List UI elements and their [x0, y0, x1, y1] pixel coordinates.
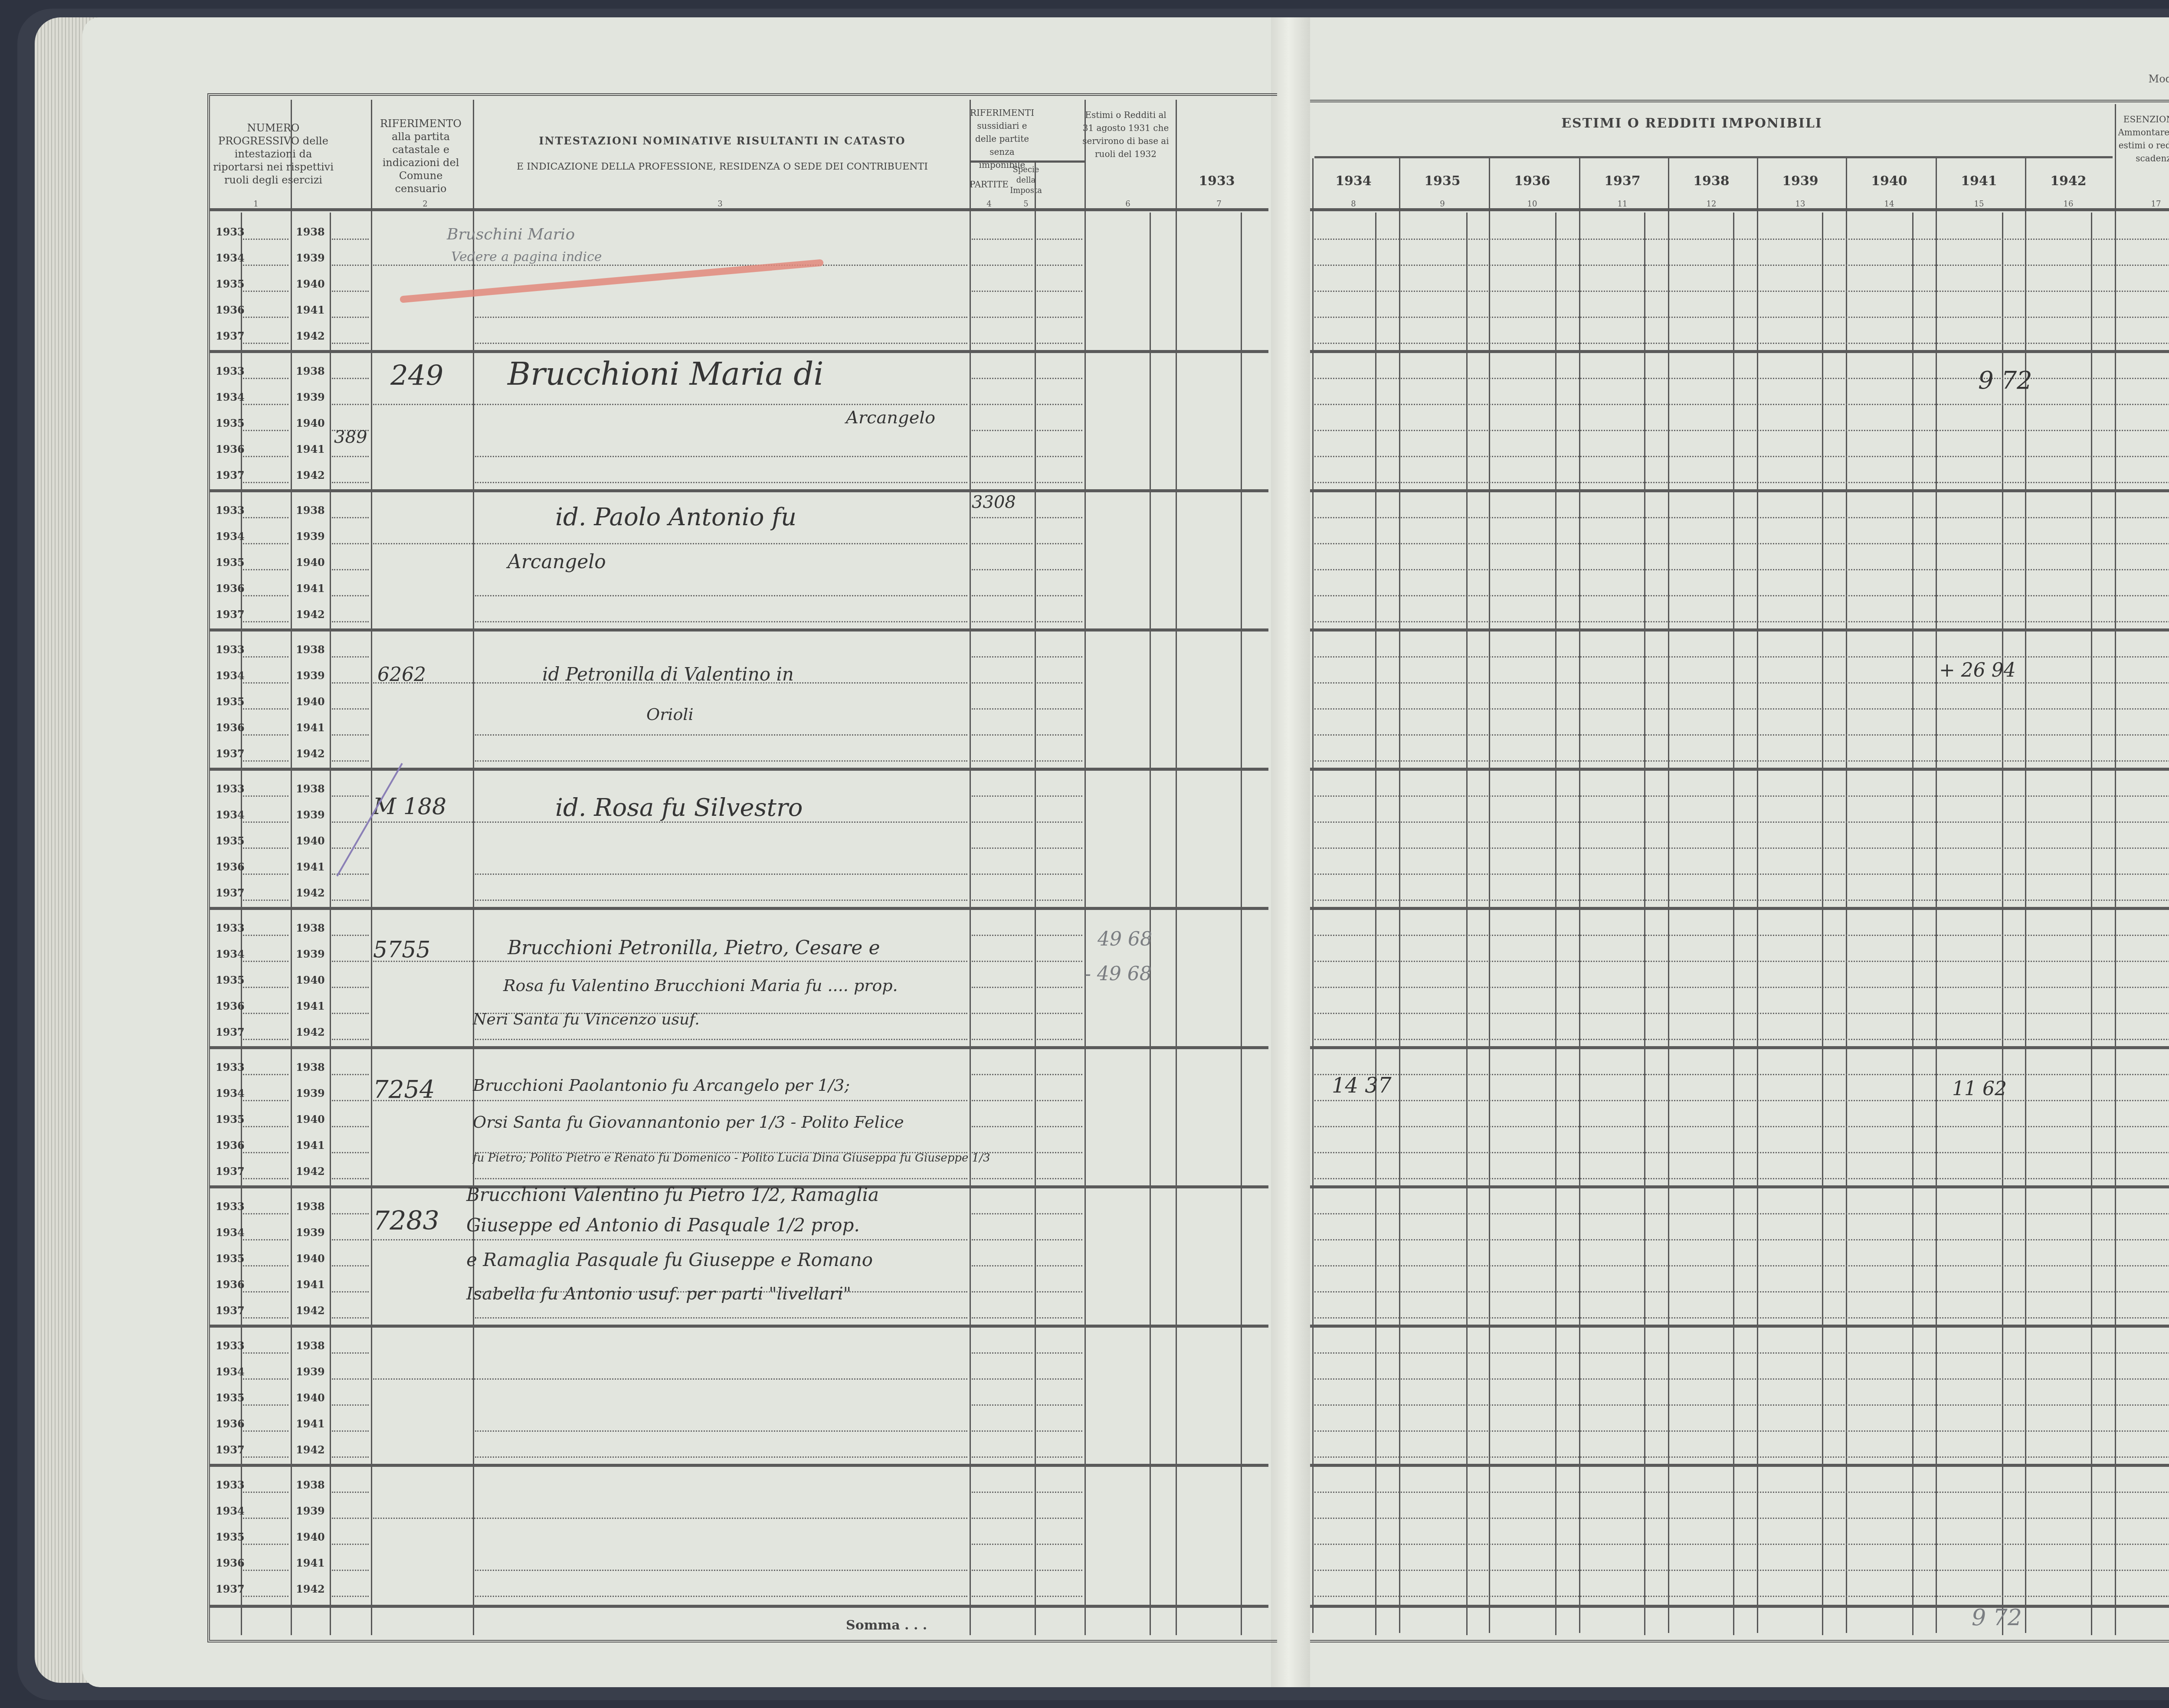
year-label: 1938	[296, 782, 325, 795]
ruled-dotted-line	[332, 987, 369, 988]
ruled-dotted-line	[243, 1152, 288, 1153]
ruled-dotted-line	[332, 1291, 369, 1292]
name-dotted-line	[475, 482, 967, 483]
header-year-1935: 1935	[1399, 173, 1486, 189]
ruled-dotted-line	[1314, 1178, 2169, 1179]
entry-2-riferimento: 3308	[972, 492, 1016, 512]
ruled-dotted-line	[243, 1492, 288, 1493]
ruled-dotted-line	[243, 682, 288, 684]
vline	[1668, 158, 1669, 1633]
ruled-dotted-line	[332, 961, 369, 962]
col-number-14: 14	[1881, 200, 1898, 209]
ruled-dotted-line	[332, 1152, 369, 1153]
vline	[970, 100, 971, 1635]
year-label: 1934	[216, 1087, 245, 1099]
header-year-1938: 1938	[1668, 173, 1755, 189]
ruled-dotted-line	[1314, 682, 2169, 684]
year-label: 1935	[216, 1252, 245, 1265]
year-label: 1937	[216, 1026, 245, 1038]
year-label: 1936	[216, 1000, 245, 1012]
ruled-dotted-line	[1037, 1378, 1082, 1380]
ruled-dotted-line	[1037, 456, 1082, 457]
ruled-dotted-line	[332, 1430, 369, 1432]
name-dotted-line	[373, 1100, 967, 1101]
name-dotted-line	[373, 1239, 967, 1240]
entry-5-estimo-a: 49 68	[1098, 928, 1152, 950]
ruled-dotted-line	[332, 1378, 369, 1380]
ruled-dotted-line	[1314, 482, 2169, 483]
ruled-dotted-line	[243, 1039, 288, 1040]
block-separator	[210, 907, 1268, 910]
name-dotted-line	[475, 1596, 967, 1597]
col-number-15: 15	[1970, 200, 1988, 209]
ruled-dotted-line	[1314, 1544, 2169, 1545]
ruled-dotted-line	[332, 1456, 369, 1458]
ruled-dotted-line	[1037, 569, 1082, 570]
name-dotted-line	[475, 1178, 967, 1179]
block-separator	[1310, 489, 2169, 492]
ruled-dotted-line	[332, 760, 369, 762]
ruled-dotted-line	[1037, 239, 1082, 240]
ruled-dotted-line	[972, 1456, 1032, 1458]
vline	[1084, 100, 1086, 1635]
ruled-dotted-line	[243, 378, 288, 379]
ruled-dotted-line	[1314, 621, 2169, 622]
ruled-dotted-line	[972, 1039, 1032, 1040]
entry-2-name: id. Paolo Antonio fu	[555, 503, 796, 531]
ruled-dotted-line	[1314, 1596, 2169, 1597]
ruled-dotted-line	[243, 1013, 288, 1014]
header-riferimento: RIFERIMENTO alla partita catastale e ind…	[373, 117, 469, 195]
year-label: 1933	[216, 1339, 245, 1352]
year-label: 1939	[296, 1087, 325, 1099]
ruled-dotted-line	[972, 1126, 1032, 1127]
ruled-dotted-line	[972, 708, 1032, 710]
entry-6-val-1934: 14 37	[1332, 1073, 1391, 1098]
header-partite: PARTITE	[970, 178, 1009, 191]
year-label: 1934	[216, 808, 245, 821]
entry-1-partita: 249	[390, 360, 443, 392]
ruled-dotted-line	[243, 1126, 288, 1127]
ruled-dotted-line	[243, 734, 288, 736]
ruled-dotted-line	[243, 1317, 288, 1319]
header-estimi-imponibili: ESTIMI O REDDITI IMPONIBILI	[1432, 117, 1952, 130]
name-dotted-line	[475, 343, 967, 344]
somma-rule-left	[210, 1605, 1268, 1608]
ruled-dotted-line	[1037, 961, 1082, 962]
ruled-dotted-line	[332, 239, 369, 240]
ruled-dotted-line	[1037, 1404, 1082, 1406]
ruled-dotted-line	[1314, 1213, 2169, 1214]
header-intestazioni-sub: E INDICAZIONE DELLA PROFESSIONE, RESIDEN…	[477, 160, 967, 173]
ruled-dotted-line	[972, 517, 1032, 518]
subheader-rule-right	[1314, 156, 2113, 158]
year-label: 1940	[296, 695, 325, 708]
ruled-dotted-line	[1314, 517, 2169, 518]
header-year-1940: 1940	[1846, 173, 1933, 189]
year-label: 1936	[216, 304, 245, 316]
name-dotted-line	[475, 1317, 967, 1319]
ruled-dotted-line	[332, 404, 369, 405]
vline	[473, 100, 474, 1635]
entry-6-name: Brucchioni Paolantonio fu Arcangelo per …	[473, 1076, 850, 1095]
ruled-dotted-line	[1037, 656, 1082, 658]
year-label: 1941	[296, 443, 325, 455]
entry-0-name: Bruschini Mario	[447, 226, 575, 243]
ruled-dotted-line	[1037, 1570, 1082, 1571]
year-label: 1939	[296, 669, 325, 682]
ruled-dotted-line	[1314, 595, 2169, 596]
ruled-dotted-line	[1314, 456, 2169, 457]
entry-1-val-1941: 9 72	[1978, 366, 2032, 395]
ruled-dotted-line	[972, 1291, 1032, 1292]
ruled-dotted-line	[243, 874, 288, 875]
ruled-dotted-line	[332, 1039, 369, 1040]
vline	[1035, 160, 1036, 1635]
vline	[1176, 100, 1177, 1635]
ruled-dotted-line	[1037, 734, 1082, 736]
ruled-dotted-line	[243, 1570, 288, 1571]
ruled-dotted-line	[1037, 987, 1082, 988]
entry-6-name-2: Orsi Santa fu Giovannantonio per 1/3 - P…	[473, 1112, 904, 1132]
year-label: 1934	[216, 948, 245, 960]
ruled-dotted-line	[1037, 847, 1082, 849]
ruled-dotted-line	[243, 1074, 288, 1075]
year-label: 1933	[216, 1061, 245, 1073]
ruled-dotted-line	[243, 1178, 288, 1179]
ruled-dotted-line	[972, 1430, 1032, 1432]
ruled-dotted-line	[1314, 265, 2169, 266]
entry-6-val-1941: 11 62	[1952, 1078, 2007, 1100]
ruled-dotted-line	[1037, 1178, 1082, 1179]
ruled-dotted-line	[972, 1544, 1032, 1545]
ruled-dotted-line	[1037, 621, 1082, 622]
ruled-dotted-line	[332, 517, 369, 518]
year-label: 1942	[296, 469, 325, 481]
ruled-dotted-line	[243, 404, 288, 405]
year-label: 1942	[296, 1165, 325, 1178]
year-label: 1940	[296, 1531, 325, 1543]
year-label: 1938	[296, 643, 325, 656]
ruled-dotted-line	[1314, 734, 2169, 736]
year-label: 1935	[216, 417, 245, 429]
name-dotted-line	[475, 456, 967, 457]
ruled-dotted-line	[1037, 1152, 1082, 1153]
ruled-dotted-line	[1314, 1074, 2169, 1075]
ruled-dotted-line	[332, 900, 369, 901]
ruled-dotted-line	[243, 430, 288, 431]
year-label: 1941	[296, 1557, 325, 1569]
ruled-dotted-line	[972, 482, 1032, 483]
ruled-dotted-line	[243, 935, 288, 936]
year-label: 1937	[216, 330, 245, 342]
year-label: 1936	[216, 582, 245, 595]
ruled-dotted-line	[332, 482, 369, 483]
col-number-1: 1	[243, 200, 269, 209]
header-year-1933: 1933	[1180, 173, 1254, 189]
ruled-dotted-line	[972, 291, 1032, 292]
vline	[2002, 213, 2003, 1635]
header-estimi-1931: Estimi o Redditi al 31 agosto 1931 che s…	[1082, 108, 1169, 160]
year-label: 1937	[216, 1165, 245, 1178]
ruled-dotted-line	[1037, 760, 1082, 762]
entry-6-partita: 7254	[373, 1076, 435, 1104]
entry-2-name-2: Arcangelo	[508, 551, 606, 573]
year-label: 1941	[296, 1278, 325, 1291]
year-label: 1939	[296, 1226, 325, 1239]
col-number-13: 13	[1792, 200, 1809, 209]
year-label: 1940	[296, 1391, 325, 1404]
year-label: 1935	[216, 556, 245, 569]
ruled-dotted-line	[332, 682, 369, 684]
year-label: 1938	[296, 226, 325, 238]
ruled-dotted-line	[1314, 961, 2169, 962]
col-number-16: 16	[2060, 200, 2077, 209]
ruled-dotted-line	[972, 987, 1032, 988]
year-label: 1940	[296, 556, 325, 569]
entry-5-partita: 5755	[373, 937, 430, 963]
year-label: 1938	[296, 1061, 325, 1073]
ruled-dotted-line	[332, 795, 369, 797]
year-label: 1939	[296, 808, 325, 821]
year-label: 1941	[296, 861, 325, 873]
year-label: 1933	[216, 1200, 245, 1213]
ruled-dotted-line	[332, 656, 369, 658]
ruled-dotted-line	[1314, 760, 2169, 762]
year-label: 1933	[216, 922, 245, 934]
ruled-dotted-line	[1037, 1352, 1082, 1354]
ruled-dotted-line	[1314, 1518, 2169, 1519]
entry-5-estimo-b: - 49 68	[1084, 963, 1152, 985]
col-number-4: 4	[980, 200, 998, 209]
block-separator	[210, 350, 1268, 353]
block-separator	[1310, 350, 2169, 353]
year-label: 1940	[296, 1252, 325, 1265]
vline	[1846, 158, 1847, 1633]
name-dotted-line	[475, 1456, 967, 1458]
year-label: 1937	[216, 1304, 245, 1317]
ruled-dotted-line	[332, 456, 369, 457]
ruled-dotted-line	[332, 569, 369, 570]
year-label: 1942	[296, 747, 325, 760]
header-year-1942: 1942	[2025, 173, 2112, 189]
subheader-rule-left	[970, 160, 1084, 163]
entry-0-note: Vedere a pagina indice	[451, 249, 602, 265]
header-year-1941: 1941	[1936, 173, 2022, 189]
name-dotted-line	[373, 961, 967, 962]
ruled-dotted-line	[243, 1430, 288, 1432]
year-label: 1942	[296, 1304, 325, 1317]
vline	[330, 213, 331, 1635]
year-label: 1935	[216, 834, 245, 847]
header-year-1934: 1934	[1310, 173, 1397, 189]
ruled-dotted-line	[972, 682, 1032, 684]
ruled-dotted-line	[1037, 1291, 1082, 1292]
ruled-dotted-line	[1314, 430, 2169, 431]
ruled-dotted-line	[332, 265, 369, 266]
ruled-dotted-line	[332, 1317, 369, 1319]
ruled-dotted-line	[243, 760, 288, 762]
block-separator	[210, 1464, 1268, 1467]
year-label: 1933	[216, 504, 245, 517]
ruled-dotted-line	[243, 795, 288, 797]
year-label: 1936	[216, 1139, 245, 1152]
ruled-dotted-line	[332, 935, 369, 936]
ruled-dotted-line	[972, 821, 1032, 823]
ruled-dotted-line	[1037, 935, 1082, 936]
year-label: 1934	[216, 1505, 245, 1517]
ruled-dotted-line	[1314, 569, 2169, 570]
vline	[1555, 213, 1556, 1635]
year-label: 1940	[296, 1113, 325, 1126]
year-label: 1941	[296, 1417, 325, 1430]
col-number-10: 10	[1524, 200, 1541, 209]
ruled-dotted-line	[972, 1178, 1032, 1179]
ruled-dotted-line	[243, 900, 288, 901]
ruled-dotted-line	[1037, 1518, 1082, 1519]
year-label: 1936	[216, 443, 245, 455]
vline	[1150, 213, 1151, 1635]
ruled-dotted-line	[1314, 874, 2169, 875]
block-separator	[210, 768, 1268, 771]
name-dotted-line	[373, 543, 967, 544]
ruled-dotted-line	[332, 343, 369, 344]
ruled-dotted-line	[1037, 1039, 1082, 1040]
ruled-dotted-line	[243, 482, 288, 483]
vline	[1644, 213, 1645, 1635]
somma-label: Somma . . .	[846, 1618, 927, 1633]
year-label: 1933	[216, 365, 245, 377]
col-number-17: 17	[2147, 200, 2165, 209]
year-label: 1937	[216, 1583, 245, 1595]
ruled-dotted-line	[1314, 1570, 2169, 1571]
somma-val-1941: 9 72	[1972, 1605, 2022, 1631]
col-number-5: 5	[1017, 200, 1035, 209]
ruled-dotted-line	[972, 1100, 1032, 1101]
ruled-dotted-line	[1314, 1492, 2169, 1493]
year-label: 1938	[296, 365, 325, 377]
ruled-dotted-line	[243, 1378, 288, 1380]
entry-3-val-1941: + 26 94	[1939, 659, 2016, 681]
year-label: 1934	[216, 252, 245, 264]
entry-7-partita: 7283	[373, 1206, 439, 1236]
entry-4-partita: M 188	[373, 794, 446, 820]
ruled-dotted-line	[332, 317, 369, 318]
ruled-dotted-line	[332, 1126, 369, 1127]
entry-1-name-2: Arcangelo	[846, 408, 935, 428]
entry-6-name-3: fu Pietro; Polito Pietro e Renato fu Dom…	[473, 1152, 990, 1165]
name-dotted-line	[475, 734, 967, 736]
ruled-dotted-line	[243, 1100, 288, 1101]
ruled-dotted-line	[332, 378, 369, 379]
ruled-dotted-line	[972, 795, 1032, 797]
header-year-1937: 1937	[1579, 173, 1666, 189]
right-table-frame	[1310, 100, 2169, 1643]
ruled-dotted-line	[243, 708, 288, 710]
ruled-dotted-line	[332, 1265, 369, 1266]
ruled-dotted-line	[332, 621, 369, 622]
ruled-dotted-line	[1037, 1239, 1082, 1240]
ruled-dotted-line	[1037, 795, 1082, 797]
ruled-dotted-line	[243, 456, 288, 457]
ruled-dotted-line	[1037, 1100, 1082, 1101]
ruled-dotted-line	[1037, 821, 1082, 823]
ruled-dotted-line	[972, 378, 1032, 379]
col-number-6: 6	[1119, 200, 1137, 209]
ruled-dotted-line	[1314, 987, 2169, 988]
year-label: 1938	[296, 922, 325, 934]
ruled-dotted-line	[243, 595, 288, 596]
block-separator	[210, 1325, 1268, 1328]
ruled-dotted-line	[243, 1291, 288, 1292]
ruled-dotted-line	[1314, 1404, 2169, 1406]
ruled-dotted-line	[1314, 1152, 2169, 1153]
ruled-dotted-line	[1037, 543, 1082, 544]
vline	[1757, 158, 1758, 1633]
header-esenzioni: ESENZIONI — Ammontare degli estimi o red…	[2117, 113, 2169, 165]
ruled-dotted-line	[332, 543, 369, 544]
year-label: 1937	[216, 469, 245, 481]
year-label: 1933	[216, 782, 245, 795]
ruled-dotted-line	[972, 1404, 1032, 1406]
ruled-dotted-line	[1037, 291, 1082, 292]
ruled-dotted-line	[243, 343, 288, 344]
ruled-dotted-line	[972, 543, 1032, 544]
ruled-dotted-line	[1314, 900, 2169, 901]
ruled-dotted-line	[243, 847, 288, 849]
entry-3-partita: 6262	[377, 664, 426, 686]
header-intestazioni: INTESTAZIONI NOMINATIVE RISULTANTI IN CA…	[477, 134, 967, 147]
ruled-dotted-line	[332, 1013, 369, 1014]
entry-1-side-note: 389	[334, 427, 367, 447]
ruled-dotted-line	[243, 569, 288, 570]
ruled-dotted-line	[243, 239, 288, 240]
ruled-dotted-line	[1037, 1013, 1082, 1014]
ruled-dotted-line	[1037, 317, 1082, 318]
year-label: 1940	[296, 974, 325, 986]
block-separator	[1310, 1464, 2169, 1467]
col-number-8: 8	[1345, 200, 1362, 209]
year-label: 1938	[296, 504, 325, 517]
year-label: 1941	[296, 1139, 325, 1152]
col-number-9: 9	[1434, 200, 1451, 209]
ruled-dotted-line	[243, 543, 288, 544]
ruled-dotted-line	[972, 404, 1032, 405]
ruled-dotted-line	[1314, 935, 2169, 936]
ruled-dotted-line	[1314, 1291, 2169, 1292]
ruled-dotted-line	[1314, 378, 2169, 379]
year-label: 1933	[216, 226, 245, 238]
ruled-dotted-line	[972, 1239, 1032, 1240]
ruled-dotted-line	[332, 1570, 369, 1571]
ruled-dotted-line	[332, 1518, 369, 1519]
ruled-dotted-line	[972, 961, 1032, 962]
ruled-dotted-line	[243, 317, 288, 318]
ruled-dotted-line	[1314, 1013, 2169, 1014]
year-label: 1937	[216, 887, 245, 899]
ruled-dotted-line	[243, 1544, 288, 1545]
year-label: 1933	[216, 1479, 245, 1491]
vline	[371, 100, 372, 1635]
ruled-dotted-line	[972, 734, 1032, 736]
ruled-dotted-line	[332, 1544, 369, 1545]
ruled-dotted-line	[1314, 1126, 2169, 1127]
name-dotted-line	[373, 265, 967, 266]
year-label: 1938	[296, 1200, 325, 1213]
year-label: 1939	[296, 530, 325, 543]
ruled-dotted-line	[1314, 1239, 2169, 1240]
entry-1-name: Brucchioni Maria di	[508, 356, 823, 392]
